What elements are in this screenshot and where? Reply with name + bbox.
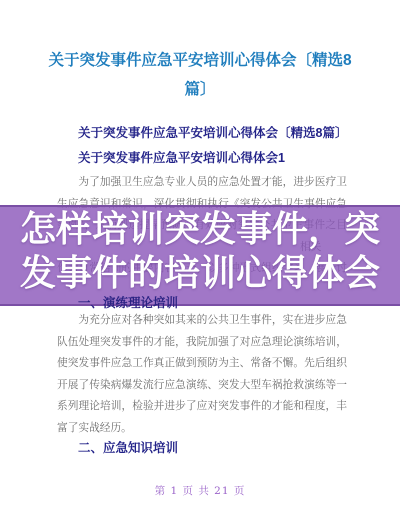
section-2-heading: 二、应急知识培训 (78, 438, 178, 456)
paragraph-2-line: 为充分应对各种突如其来的公共卫生事件，实在进步应急 (57, 309, 347, 331)
page-title-line-2: 篇〕 (35, 75, 365, 104)
doc-heading-article-1: 关于突发事件应急平安培训心得体会1 (78, 148, 285, 166)
paragraph-1-line: 为了加强卫生应急专业人员的应急处置才能，进步医疗卫 (57, 171, 347, 193)
paragraph-2: 为充分应对各种突如其来的公共卫生事件，实在进步应急 队伍处理突发事件的才能，我院… (57, 309, 347, 439)
doc-heading-collection: 关于突发事件应急平安培训心得体会〔精选8篇〕 (78, 123, 347, 141)
section-1-heading: 一、演练理论培训 (78, 293, 178, 311)
paragraph-2-line: 使突发事件应急工作真正做到预防为主、常备不懈。先后组织 (57, 352, 347, 374)
paragraph-2-line: 富了实战经历。 (57, 417, 347, 439)
watermark-title-line-2: 发事件的培训心得体会 (0, 251, 400, 295)
paragraph-2-line: 系列理论培训，检验并进步了应对突发事件的才能和程度，丰 (57, 395, 347, 417)
paragraph-2-line: 开展了传染病爆发流行应急演练、突发大型车祸抢救演练等一 (57, 374, 347, 396)
page-title-line-1: 关于突发事件应急平安培训心得体会〔精选8 (35, 46, 365, 75)
paragraph-2-line: 队伍处理突发事件的才能，我院加强了对应急理论演练培训， (57, 331, 347, 353)
watermark-title: 怎样培训突发事件，突 发事件的培训心得体会 (0, 207, 400, 295)
page-number-indicator: 第 1 页 共 21 页 (0, 483, 400, 498)
watermark-title-line-1: 怎样培训突发事件，突 (0, 207, 400, 251)
document-page: { "page": { "title_full": "关于突发事件应急平安培训心… (0, 0, 400, 517)
page-title: 关于突发事件应急平安培训心得体会〔精选8 篇〕 (35, 46, 365, 104)
